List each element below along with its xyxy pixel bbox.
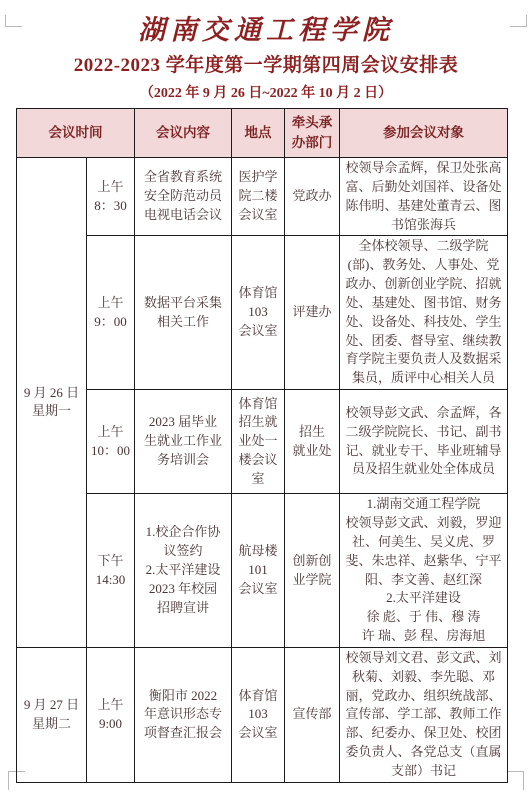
department-cell: 宣传部 xyxy=(285,647,340,782)
page-margin-mark-top-right xyxy=(510,15,527,27)
page-margin-mark-top-left xyxy=(5,15,22,27)
department-cell: 党政办 xyxy=(285,158,340,236)
location-cell: 医护学 院二楼 会议室 xyxy=(232,158,285,236)
document-page: { "colors": { "title_text": "#8c1f1f", "… xyxy=(0,0,532,797)
department-cell: 评建办 xyxy=(285,236,340,390)
location-cell: 体育馆 招生就 业处一 楼会议 室 xyxy=(232,390,285,494)
location-cell: 航母楼 101 会议室 xyxy=(232,494,285,648)
time-cell: 上午 9：00 xyxy=(87,236,135,390)
date-cell-sep27: 9 月 27 日 星期二 xyxy=(17,647,87,782)
table-row: 9 月 27 日 星期二 上午 9:00 衡阳市 2022 年意识形态专 项督查… xyxy=(17,647,508,782)
table-row: 上午 10：00 2023 届毕业 生就业工作业 务培训会 体育馆 招生就 业处… xyxy=(17,390,508,494)
location-cell: 体育馆 103 会议室 xyxy=(232,647,285,782)
column-header-location: 地点 xyxy=(232,109,285,158)
page-margin-mark-bottom-right xyxy=(507,771,524,790)
participants-cell: 校领导刘文君、彭文武、刘秋菊、刘毅、李先聪、邓丽，党政办、组织统战部、宣传部、学… xyxy=(340,647,508,782)
meeting-schedule-table: 会议时间 会议内容 地点 牵头承 办部门 参加会议对象 9 月 26 日 星期一… xyxy=(16,108,508,783)
column-header-lead-department: 牵头承 办部门 xyxy=(285,109,340,158)
department-cell: 招生 就业处 xyxy=(285,390,340,494)
table-header-row: 会议时间 会议内容 地点 牵头承 办部门 参加会议对象 xyxy=(17,109,508,158)
meeting-content-cell: 2023 届毕业 生就业工作业 务培训会 xyxy=(135,390,232,494)
meeting-content-cell: 1.校企合作协 议签约 2.太平洋建设 2023 年校园 招聘宣讲 xyxy=(135,494,232,648)
column-header-meeting-time: 会议时间 xyxy=(17,109,135,158)
location-cell: 体育馆 103 会议室 xyxy=(232,236,285,390)
time-cell: 上午 10：00 xyxy=(87,390,135,494)
time-cell: 下午 14:30 xyxy=(87,494,135,648)
time-cell: 上午 8：30 xyxy=(87,158,135,236)
column-header-meeting-content: 会议内容 xyxy=(135,109,232,158)
meeting-content-cell: 衡阳市 2022 年意识形态专 项督查汇报会 xyxy=(135,647,232,782)
participants-cell: 校领导佘孟辉，保卫处张高富、后勤处刘国祥、设备处陈伟明、基建处董青云、图书馆张海… xyxy=(340,158,508,236)
column-header-participants: 参加会议对象 xyxy=(340,109,508,158)
document-title: 2022-2023 学年度第一学期第四周会议安排表 xyxy=(0,54,532,78)
department-cell: 创新创 业学院 xyxy=(285,494,340,648)
time-cell: 上午 9:00 xyxy=(87,647,135,782)
document-header: 湖南交通工程学院 2022-2023 学年度第一学期第四周会议安排表 （2022… xyxy=(0,14,532,103)
participants-cell: 1.湖南交通工程学院 校领导彭文武、刘毅，罗迎社、何美生、吴义虎、罗斐、朱忠祥、… xyxy=(340,494,508,648)
school-name-title: 湖南交通工程学院 xyxy=(0,14,532,46)
table-row: 下午 14:30 1.校企合作协 议签约 2.太平洋建设 2023 年校园 招聘… xyxy=(17,494,508,648)
table-row: 上午 9：00 数据平台采集 相关工作 体育馆 103 会议室 评建办 全体校领… xyxy=(17,236,508,390)
participants-cell: 校领导彭文武、佘孟辉，各二级学院院长、书记、副书记、就业专干、毕业班辅导员及招生… xyxy=(340,390,508,494)
date-range-subtitle: （2022 年 9 月 26 日~2022 年 10 月 2 日） xyxy=(0,85,532,103)
participants-cell: 全体校领导、二级学院(部)、教务处、人事处、党政办、创新创业学院、招就处、基建处… xyxy=(340,236,508,390)
date-cell-sep26: 9 月 26 日 星期一 xyxy=(17,158,87,648)
meeting-content-cell: 全省教育系统 安全防范动员 电视电话会议 xyxy=(135,158,232,236)
meeting-content-cell: 数据平台采集 相关工作 xyxy=(135,236,232,390)
table-row: 9 月 26 日 星期一 上午 8：30 全省教育系统 安全防范动员 电视电话会… xyxy=(17,158,508,236)
